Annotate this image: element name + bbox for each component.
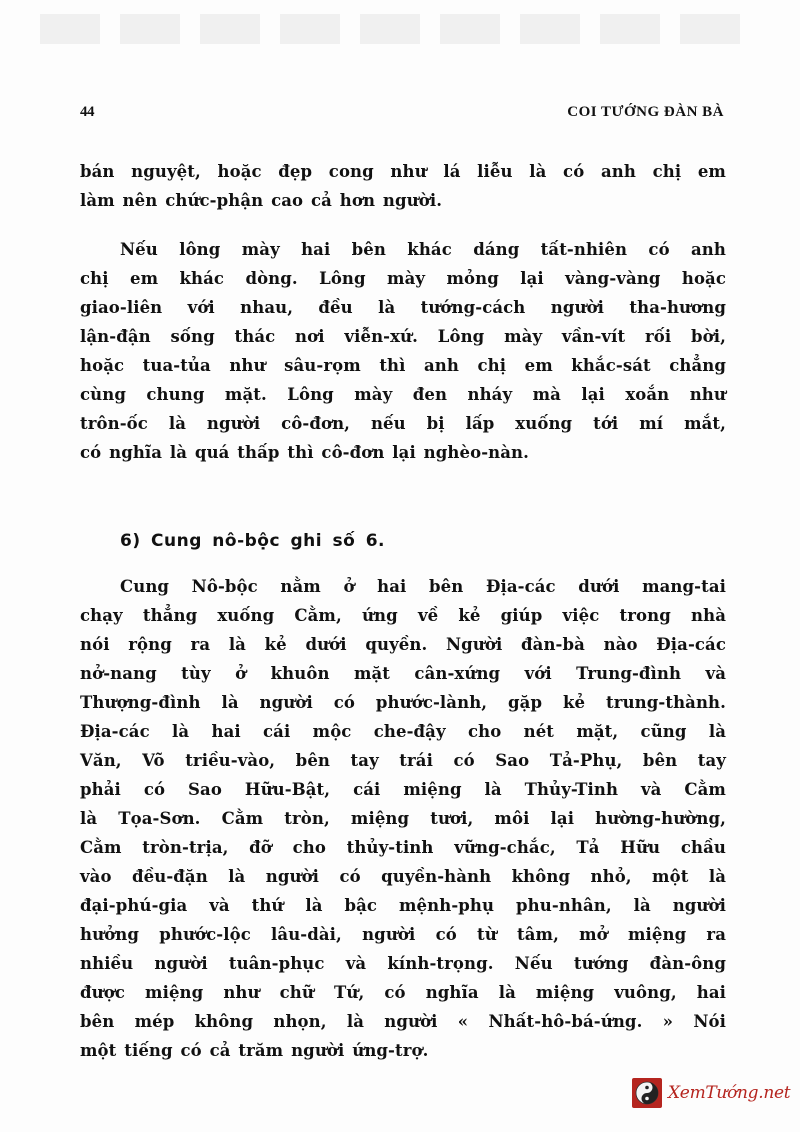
watermark-text: XemTướng.net — [668, 1083, 790, 1103]
text-line: Địa-các là hai cái mộc che-đậy cho nét m… — [80, 717, 726, 746]
text-line: chị em khác dòng. Lông mày mỏng lại vàng… — [80, 264, 726, 293]
text-line: lận-đận sống thác nơi viễn-xứ. Lông mày … — [80, 322, 726, 351]
running-header: 44 COI TƯỚNG ĐÀN BÀ — [80, 104, 724, 126]
text-line: trôn-ốc là người cô-đơn, nếu bị lấp xuốn… — [80, 409, 726, 438]
yin-yang-icon — [632, 1078, 662, 1108]
text-line: vào đều-đặn là người có quyền-hành không… — [80, 862, 726, 891]
text-line: nở-nang tùy ở khuôn mặt cân-xứng với Tru… — [80, 659, 726, 688]
text-line: Cung Nô-bộc nằm ở hai bên Địa-các dưới m… — [80, 572, 726, 601]
paragraph-continuation: bán nguyệt, hoặc đẹp cong như lá liễu là… — [80, 157, 726, 215]
paragraph-servants-palace: Cung Nô-bộc nằm ở hai bên Địa-các dưới m… — [80, 572, 726, 1065]
bleed-through-artifact — [40, 14, 740, 44]
paragraph-eyebrows: Nếu lông mày hai bên khác dáng tất-nhiên… — [80, 235, 726, 467]
text-line: nhiều người tuân-phục và kính-trọng. Nếu… — [80, 949, 726, 978]
text-line: được miệng như chữ Tứ, có nghĩa là miệng… — [80, 978, 726, 1007]
section-heading: 6) Cung nô-bộc ghi số 6. — [120, 531, 385, 551]
watermark-logo: XemTướng.net — [632, 1078, 790, 1108]
text-line: đại-phú-gia và thứ là bậc mệnh-phụ phu-n… — [80, 891, 726, 920]
text-line: cùng chung mặt. Lông mày đen nháy mà lại… — [80, 380, 726, 409]
text-line: nói rộng ra là kẻ dưới quyền. Người đàn-… — [80, 630, 726, 659]
text-line: là Tọa-Sơn. Cằm tròn, miệng tươi, môi lạ… — [80, 804, 726, 833]
running-title: COI TƯỚNG ĐÀN BÀ — [567, 104, 724, 121]
text-line: hưởng phước-lộc lâu-dài, người có từ tâm… — [80, 920, 726, 949]
text-line: Nếu lông mày hai bên khác dáng tất-nhiên… — [80, 235, 726, 264]
text-line: Văn, Võ triều-vào, bên tay trái có Sao T… — [80, 746, 726, 775]
text-line: bán nguyệt, hoặc đẹp cong như lá liễu là… — [80, 157, 726, 186]
text-line: giao-liên với nhau, đều là tướng-cách ng… — [80, 293, 726, 322]
text-line: hoặc tua-tủa như sâu-rọm thì anh chị em … — [80, 351, 726, 380]
text-line: phải có Sao Hữu-Bật, cái miệng là Thủy-T… — [80, 775, 726, 804]
scanned-book-page: 44 COI TƯỚNG ĐÀN BÀ bán nguyệt, hoặc đẹp… — [0, 0, 800, 1132]
text-line: làm nên chức-phận cao cả hơn người. — [80, 186, 726, 215]
text-line: Thượng-đình là người có phước-lành, gặp … — [80, 688, 726, 717]
page-number: 44 — [80, 104, 94, 121]
text-line: có nghĩa là quá thấp thì cô-đơn lại nghè… — [80, 438, 726, 467]
text-line: bên mép không nhọn, là người « Nhất-hô-b… — [80, 1007, 726, 1036]
text-line: chạy thẳng xuống Cằm, ứng về kẻ giúp việ… — [80, 601, 726, 630]
text-line: Cằm tròn-trịa, đỡ cho thủy-tinh vững-chắ… — [80, 833, 726, 862]
text-line: một tiếng có cả trăm người ứng-trợ. — [80, 1036, 726, 1065]
